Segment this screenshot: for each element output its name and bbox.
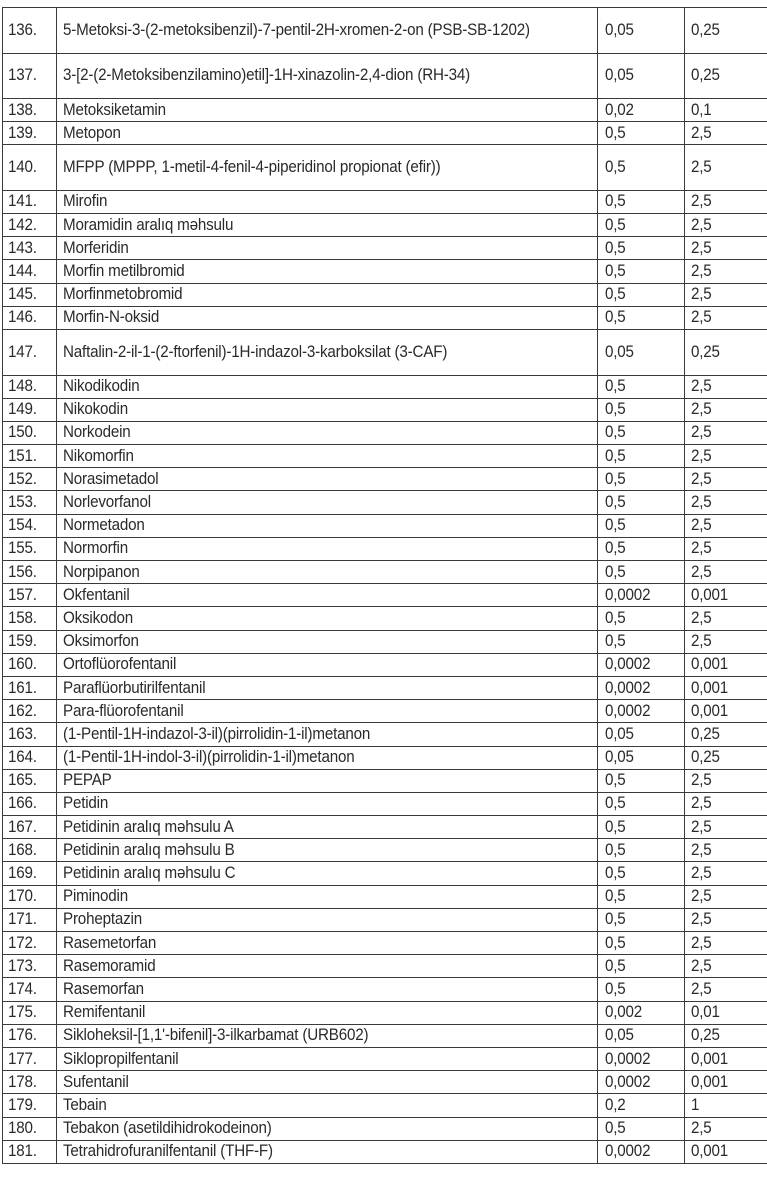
value-column-2: 0,25 (691, 343, 720, 362)
value-column-2: 2,5 (691, 400, 712, 419)
row-number-cell: 168. (3, 839, 57, 862)
substance-name-cell: Para-flüorofentanil (57, 700, 598, 723)
row-number-cell: 181. (3, 1140, 57, 1163)
table-row: 154.Normetadon0,52,5 (3, 514, 767, 537)
value-column-1-cell: 0,5 (598, 630, 685, 653)
value-column-2-cell: 2,5 (685, 214, 767, 237)
row-number-cell: 174. (3, 978, 57, 1001)
substance-name: Norlevorfanol (63, 493, 151, 512)
substance-name: Morfin-N-oksid (63, 308, 159, 327)
value-column-2-cell: 2,5 (685, 932, 767, 955)
value-column-1-cell: 0,5 (598, 839, 685, 862)
value-column-1-cell: 0,5 (598, 908, 685, 931)
table-row: 143.Morferidin0,52,5 (3, 237, 767, 260)
row-number-cell: 175. (3, 1001, 57, 1024)
substance-name-cell: Sikloheksil-[1,1'-bifenil]-3-ilkarbamat … (57, 1024, 598, 1047)
value-column-2-cell: 2,5 (685, 561, 767, 584)
value-column-2: 0,001 (691, 679, 728, 698)
value-column-1: 0,5 (605, 158, 626, 177)
table-row: 140.MFPP (MPPP, 1-metil-4-fenil-4-piperi… (3, 145, 767, 191)
substance-name-cell: Morfin metilbromid (57, 260, 598, 283)
row-number-cell: 178. (3, 1071, 57, 1094)
value-column-1-cell: 0,5 (598, 769, 685, 792)
row-number-cell: 158. (3, 607, 57, 630)
substance-name-cell: Petidinin aralıq məhsulu B (57, 839, 598, 862)
substance-name: Ortoflüorofentanil (63, 655, 176, 674)
row-number: 157. (8, 586, 37, 605)
row-number: 159. (8, 632, 37, 651)
substance-name: Normorfin (63, 539, 128, 558)
substance-name-cell: Naftalin-2-il-1-(2-ftorfenil)-1H-indazol… (57, 330, 598, 376)
value-column-1-cell: 0,02 (598, 99, 685, 122)
value-column-2-cell: 2,5 (685, 445, 767, 468)
substance-name-cell: MFPP (MPPP, 1-metil-4-fenil-4-piperidino… (57, 145, 598, 191)
value-column-1-cell: 0,5 (598, 491, 685, 514)
substance-name-cell: Metoksiketamin (57, 99, 598, 122)
value-column-2: 0,001 (691, 1142, 728, 1161)
value-column-1: 0,5 (605, 124, 626, 143)
substance-name: Norasimetadol (63, 470, 158, 489)
substance-name: Moramidin aralıq məhsulu (63, 216, 233, 235)
row-number-cell: 154. (3, 514, 57, 537)
value-column-1-cell: 0,05 (598, 330, 685, 376)
value-column-2-cell: 2,5 (685, 145, 767, 191)
table-row: 179.Tebain0,21 (3, 1094, 767, 1117)
value-column-1-cell: 0,5 (598, 375, 685, 398)
value-column-1-cell: 0,5 (598, 885, 685, 908)
row-number: 160. (8, 655, 37, 674)
table-row: 181.Tetrahidrofuranilfentanil (THF-F)0,0… (3, 1140, 767, 1163)
substance-name-cell: Remifentanil (57, 1001, 598, 1024)
value-column-2: 2,5 (691, 216, 712, 235)
row-number: 173. (8, 957, 37, 976)
row-number: 174. (8, 980, 37, 999)
value-column-2-cell: 2,5 (685, 237, 767, 260)
value-column-2-cell: 1 (685, 1094, 767, 1117)
table-row: 144.Morfin metilbromid0,52,5 (3, 260, 767, 283)
value-column-2-cell: 2,5 (685, 816, 767, 839)
row-number-cell: 166. (3, 792, 57, 815)
value-column-2-cell: 2,5 (685, 260, 767, 283)
value-column-2-cell: 0,01 (685, 1001, 767, 1024)
value-column-1-cell: 0,05 (598, 746, 685, 769)
row-number-cell: 160. (3, 653, 57, 676)
value-column-2: 2,5 (691, 377, 712, 396)
value-column-1: 0,5 (605, 563, 626, 582)
row-number-cell: 151. (3, 445, 57, 468)
table-row: 169.Petidinin aralıq məhsulu C0,52,5 (3, 862, 767, 885)
value-column-2: 2,5 (691, 1119, 712, 1138)
substance-name-cell: Nikomorfin (57, 445, 598, 468)
substance-name: Metoksiketamin (63, 101, 166, 120)
row-number: 153. (8, 493, 37, 512)
value-column-2-cell: 0,001 (685, 1140, 767, 1163)
substance-name-cell: Rasemetorfan (57, 932, 598, 955)
value-column-1-cell: 0,5 (598, 214, 685, 237)
substance-name: Petidinin aralıq məhsulu A (63, 818, 234, 837)
value-column-2-cell: 0,1 (685, 99, 767, 122)
table-row: 161.Paraflüorbutirilfentanil0,00020,001 (3, 676, 767, 699)
substance-name: Morferidin (63, 239, 129, 258)
value-column-2: 0,001 (691, 702, 728, 721)
substance-name: Nikomorfin (63, 447, 134, 466)
substance-name-cell: (1-Pentil-1H-indol-3-il)(pirrolidin-1-il… (57, 746, 598, 769)
value-column-2-cell: 2,5 (685, 375, 767, 398)
table-row: 162.Para-flüorofentanil0,00020,001 (3, 700, 767, 723)
substance-name: Para-flüorofentanil (63, 702, 184, 721)
value-column-2: 2,5 (691, 609, 712, 628)
substance-name: Oksikodon (63, 609, 133, 628)
substance-name-cell: Mirofin (57, 190, 598, 213)
value-column-2: 0,001 (691, 1050, 728, 1069)
value-column-1: 0,5 (605, 239, 626, 258)
row-number-cell: 165. (3, 769, 57, 792)
value-column-2: 2,5 (691, 308, 712, 327)
value-column-1-cell: 0,5 (598, 122, 685, 145)
value-column-2: 0,1 (691, 101, 712, 120)
value-column-1: 0,5 (605, 632, 626, 651)
value-column-2: 2,5 (691, 124, 712, 143)
table-row: 149.Nikokodin0,52,5 (3, 398, 767, 421)
value-column-1-cell: 0,0002 (598, 1140, 685, 1163)
table-row: 146.Morfin-N-oksid0,52,5 (3, 306, 767, 329)
value-column-2: 0,01 (691, 1003, 720, 1022)
value-column-1: 0,5 (605, 980, 626, 999)
substance-name: Nikodikodin (63, 377, 139, 396)
substance-name-cell: Oksikodon (57, 607, 598, 630)
table-row: 137.3-[2-(2-Metoksibenzilamino)etil]-1H-… (3, 53, 767, 99)
value-column-2-cell: 2,5 (685, 468, 767, 491)
value-column-2-cell: 0,001 (685, 584, 767, 607)
row-number: 136. (8, 21, 37, 40)
table-row: 159.Oksimorfon0,52,5 (3, 630, 767, 653)
table-row: 173.Rasemoramid0,52,5 (3, 955, 767, 978)
value-column-2: 2,5 (691, 192, 712, 211)
row-number-cell: 161. (3, 676, 57, 699)
value-column-1: 0,5 (605, 957, 626, 976)
value-column-1-cell: 0,5 (598, 932, 685, 955)
table-row: 180.Tebakon (asetildihidrokodeinon)0,52,… (3, 1117, 767, 1140)
row-number: 179. (8, 1096, 37, 1115)
value-column-2: 2,5 (691, 470, 712, 489)
table-row: 176.Sikloheksil-[1,1'-bifenil]-3-ilkarba… (3, 1024, 767, 1047)
value-column-1: 0,0002 (605, 1050, 650, 1069)
substance-name: Norpipanon (63, 563, 140, 582)
value-column-2-cell: 2,5 (685, 839, 767, 862)
row-number: 140. (8, 158, 37, 177)
substance-name-cell: Norlevorfanol (57, 491, 598, 514)
row-number-cell: 169. (3, 862, 57, 885)
value-column-1: 0,5 (605, 377, 626, 396)
table-row: 139.Metopon0,52,5 (3, 122, 767, 145)
row-number: 169. (8, 864, 37, 883)
row-number: 175. (8, 1003, 37, 1022)
row-number-cell: 155. (3, 537, 57, 560)
row-number: 165. (8, 771, 37, 790)
row-number-cell: 180. (3, 1117, 57, 1140)
substance-name: Petidinin aralıq məhsulu B (63, 841, 235, 860)
table-row: 138.Metoksiketamin0,020,1 (3, 99, 767, 122)
row-number: 156. (8, 563, 37, 582)
substance-name: Nikokodin (63, 400, 128, 419)
substance-name: Sufentanil (63, 1073, 129, 1092)
substance-name: Normetadon (63, 516, 145, 535)
value-column-2-cell: 2,5 (685, 607, 767, 630)
row-number-cell: 138. (3, 99, 57, 122)
row-number: 172. (8, 934, 37, 953)
value-column-1-cell: 0,5 (598, 398, 685, 421)
row-number-cell: 137. (3, 53, 57, 99)
value-column-1: 0,5 (605, 1119, 626, 1138)
substance-name: 5-Metoksi-3-(2-metoksibenzil)-7-pentil-2… (63, 21, 590, 40)
row-number-cell: 172. (3, 932, 57, 955)
value-column-2: 0,25 (691, 748, 720, 767)
substance-name-cell: Morferidin (57, 237, 598, 260)
value-column-1: 0,02 (605, 101, 634, 120)
value-column-1: 0,0002 (605, 586, 650, 605)
row-number: 181. (8, 1142, 37, 1161)
value-column-1-cell: 0,5 (598, 1117, 685, 1140)
row-number-cell: 167. (3, 816, 57, 839)
substance-name: Tebakon (asetildihidrokodeinon) (63, 1119, 272, 1138)
row-number-cell: 145. (3, 283, 57, 306)
value-column-2-cell: 2,5 (685, 978, 767, 1001)
value-column-2-cell: 0,25 (685, 330, 767, 376)
value-column-1-cell: 0,05 (598, 53, 685, 99)
value-column-1: 0,5 (605, 910, 626, 929)
row-number-cell: 142. (3, 214, 57, 237)
value-column-2: 2,5 (691, 539, 712, 558)
value-column-1-cell: 0,5 (598, 862, 685, 885)
row-number-cell: 177. (3, 1047, 57, 1070)
row-number-cell: 170. (3, 885, 57, 908)
value-column-1: 0,5 (605, 423, 626, 442)
substance-name: Piminodin (63, 887, 128, 906)
table-row: 167.Petidinin aralıq məhsulu A0,52,5 (3, 816, 767, 839)
value-column-2-cell: 2,5 (685, 955, 767, 978)
table-row: 165.PEPAP0,52,5 (3, 769, 767, 792)
substance-name-cell: Oksimorfon (57, 630, 598, 653)
table-row: 145.Morfinmetobromid0,52,5 (3, 283, 767, 306)
table-row: 175.Remifentanil0,0020,01 (3, 1001, 767, 1024)
value-column-1: 0,05 (605, 343, 634, 362)
substance-name-cell: Nikokodin (57, 398, 598, 421)
value-column-1-cell: 0,5 (598, 421, 685, 444)
row-number: 155. (8, 539, 37, 558)
value-column-1-cell: 0,05 (598, 8, 685, 54)
value-column-1: 0,5 (605, 864, 626, 883)
value-column-2: 2,5 (691, 493, 712, 512)
substance-name-cell: Nikodikodin (57, 375, 598, 398)
value-column-1: 0,5 (605, 308, 626, 327)
row-number-cell: 152. (3, 468, 57, 491)
substance-name-cell: Proheptazin (57, 908, 598, 931)
substance-name-cell: 3-[2-(2-Metoksibenzilamino)etil]-1H-xina… (57, 53, 598, 99)
row-number: 164. (8, 748, 37, 767)
value-column-1: 0,05 (605, 725, 634, 744)
value-column-2: 0,25 (691, 66, 720, 85)
table-row: 170.Piminodin0,52,5 (3, 885, 767, 908)
row-number: 147. (8, 343, 37, 362)
value-column-1-cell: 0,5 (598, 468, 685, 491)
value-column-1: 0,5 (605, 609, 626, 628)
value-column-2-cell: 2,5 (685, 398, 767, 421)
row-number: 146. (8, 308, 37, 327)
substance-name: Proheptazin (63, 910, 142, 929)
substance-name: Rasemorfan (63, 980, 144, 999)
value-column-1-cell: 0,5 (598, 816, 685, 839)
row-number-cell: 143. (3, 237, 57, 260)
table-row: 164.(1-Pentil-1H-indol-3-il)(pirrolidin-… (3, 746, 767, 769)
value-column-2: 2,5 (691, 447, 712, 466)
substance-name-cell: Tebakon (asetildihidrokodeinon) (57, 1117, 598, 1140)
substance-name-cell: Sufentanil (57, 1071, 598, 1094)
value-column-1: 0,5 (605, 285, 626, 304)
value-column-1: 0,5 (605, 493, 626, 512)
value-column-1-cell: 0,5 (598, 190, 685, 213)
substance-name-cell: 5-Metoksi-3-(2-metoksibenzil)-7-pentil-2… (57, 8, 598, 54)
substance-name: Morfinmetobromid (63, 285, 182, 304)
table-row: 155.Normorfin0,52,5 (3, 537, 767, 560)
value-column-1-cell: 0,2 (598, 1094, 685, 1117)
value-column-1-cell: 0,05 (598, 1024, 685, 1047)
value-column-2-cell: 2,5 (685, 421, 767, 444)
row-number: 177. (8, 1050, 37, 1069)
value-column-2-cell: 0,25 (685, 8, 767, 54)
value-column-2-cell: 2,5 (685, 769, 767, 792)
value-column-1: 0,5 (605, 400, 626, 419)
value-column-2: 0,001 (691, 655, 728, 674)
substance-name-cell: Morfin-N-oksid (57, 306, 598, 329)
value-column-1-cell: 0,0002 (598, 1047, 685, 1070)
substance-name: Norkodein (63, 423, 131, 442)
row-number: 139. (8, 124, 37, 143)
substance-name-cell: Norkodein (57, 421, 598, 444)
row-number-cell: 153. (3, 491, 57, 514)
value-column-1-cell: 0,5 (598, 537, 685, 560)
value-column-2: 2,5 (691, 887, 712, 906)
substance-name-cell: Rasemoramid (57, 955, 598, 978)
substance-name: MFPP (MPPP, 1-metil-4-fenil-4-piperidino… (63, 158, 590, 177)
table-row: 177.Siklopropilfentanil0,00020,001 (3, 1047, 767, 1070)
table-row: 141.Mirofin0,52,5 (3, 190, 767, 213)
row-number: 158. (8, 609, 37, 628)
value-column-1-cell: 0,5 (598, 561, 685, 584)
value-column-2: 1 (691, 1096, 699, 1115)
value-column-2: 0,25 (691, 725, 720, 744)
value-column-2: 2,5 (691, 158, 712, 177)
value-column-1: 0,05 (605, 21, 634, 40)
substance-name-cell: Norpipanon (57, 561, 598, 584)
row-number: 150. (8, 423, 37, 442)
row-number: 138. (8, 101, 37, 120)
value-column-2-cell: 0,25 (685, 723, 767, 746)
value-column-2: 2,5 (691, 841, 712, 860)
value-column-1-cell: 0,5 (598, 145, 685, 191)
value-column-2: 2,5 (691, 285, 712, 304)
value-column-1-cell: 0,5 (598, 607, 685, 630)
value-column-2: 0,001 (691, 586, 728, 605)
substance-name-cell: Piminodin (57, 885, 598, 908)
value-column-1-cell: 0,5 (598, 514, 685, 537)
row-number-cell: 156. (3, 561, 57, 584)
row-number-cell: 150. (3, 421, 57, 444)
value-column-1-cell: 0,5 (598, 978, 685, 1001)
row-number-cell: 159. (3, 630, 57, 653)
value-column-2-cell: 0,001 (685, 653, 767, 676)
substance-name-cell: Norasimetadol (57, 468, 598, 491)
row-number-cell: 173. (3, 955, 57, 978)
row-number-cell: 146. (3, 306, 57, 329)
value-column-2: 2,5 (691, 239, 712, 258)
row-number-cell: 148. (3, 375, 57, 398)
value-column-2: 2,5 (691, 818, 712, 837)
substance-name: Naftalin-2-il-1-(2-ftorfenil)-1H-indazol… (63, 343, 590, 362)
table-row: 178.Sufentanil0,00020,001 (3, 1071, 767, 1094)
substance-name: 3-[2-(2-Metoksibenzilamino)etil]-1H-xina… (63, 66, 590, 85)
value-column-1: 0,5 (605, 192, 626, 211)
substance-name-cell: Moramidin aralıq məhsulu (57, 214, 598, 237)
value-column-1-cell: 0,0002 (598, 700, 685, 723)
row-number: 151. (8, 447, 37, 466)
table-row: 172.Rasemetorfan0,52,5 (3, 932, 767, 955)
value-column-1: 0,5 (605, 516, 626, 535)
row-number: 178. (8, 1073, 37, 1092)
table-row: 166.Petidin0,52,5 (3, 792, 767, 815)
row-number: 148. (8, 377, 37, 396)
value-column-1: 0,05 (605, 66, 634, 85)
row-number-cell: 144. (3, 260, 57, 283)
value-column-2-cell: 2,5 (685, 537, 767, 560)
value-column-1-cell: 0,002 (598, 1001, 685, 1024)
row-number-cell: 157. (3, 584, 57, 607)
table-row: 153.Norlevorfanol0,52,5 (3, 491, 767, 514)
value-column-1: 0,05 (605, 1026, 634, 1045)
row-number-cell: 136. (3, 8, 57, 54)
value-column-2: 2,5 (691, 516, 712, 535)
substance-name-cell: Metopon (57, 122, 598, 145)
substance-name-cell: Petidinin aralıq məhsulu A (57, 816, 598, 839)
value-column-2-cell: 2,5 (685, 885, 767, 908)
row-number-cell: 179. (3, 1094, 57, 1117)
value-column-1-cell: 0,5 (598, 283, 685, 306)
row-number-cell: 164. (3, 746, 57, 769)
table-row: 158.Oksikodon0,52,5 (3, 607, 767, 630)
value-column-1: 0,5 (605, 818, 626, 837)
substance-name-cell: Siklopropilfentanil (57, 1047, 598, 1070)
row-number-cell: 149. (3, 398, 57, 421)
value-column-1: 0,5 (605, 771, 626, 790)
substance-name-cell: Morfinmetobromid (57, 283, 598, 306)
row-number: 166. (8, 794, 37, 813)
value-column-1: 0,5 (605, 447, 626, 466)
value-column-1-cell: 0,5 (598, 445, 685, 468)
value-column-1: 0,0002 (605, 655, 650, 674)
value-column-1-cell: 0,0002 (598, 676, 685, 699)
substance-name: Paraflüorbutirilfentanil (63, 679, 205, 698)
substance-name-cell: Tebain (57, 1094, 598, 1117)
row-number: 171. (8, 910, 37, 929)
value-column-2: 2,5 (691, 632, 712, 651)
value-column-2-cell: 2,5 (685, 630, 767, 653)
substance-name: Petidin (63, 794, 108, 813)
table-row: 163.(1-Pentil-1H-indazol-3-il)(pirrolidi… (3, 723, 767, 746)
row-number: 142. (8, 216, 37, 235)
substance-name-cell: Rasemorfan (57, 978, 598, 1001)
value-column-2-cell: 0,25 (685, 53, 767, 99)
table-row: 151.Nikomorfin0,52,5 (3, 445, 767, 468)
substance-name-cell: Okfentanil (57, 584, 598, 607)
